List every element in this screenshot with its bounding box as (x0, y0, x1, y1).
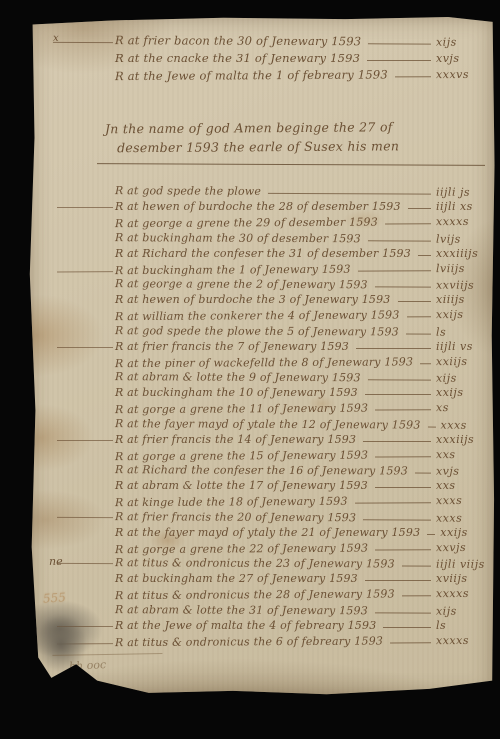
entry-text: R at george a grene the 2 of Jenewary 15… (115, 277, 368, 291)
receipt-entry-row: R at titus & ondronicus the 28 of Jenewa… (115, 584, 488, 602)
entry-dash-rule (368, 239, 431, 240)
entry-dash-rule (356, 348, 431, 349)
entry-dash-rule (375, 548, 431, 549)
entry-amount: xxxxs (436, 633, 488, 646)
entry-text: R at frier bacon the 30 of Jenewary 1593 (115, 34, 361, 48)
entry-dash-rule (415, 472, 431, 473)
entry-text: R at the fayer mayd of ytale the 12 of J… (115, 416, 421, 430)
entry-amount: xxxs (436, 493, 488, 506)
receipt-entry-row: R at Richard the confeser the 31 of dese… (115, 244, 488, 260)
receipt-entry-row: R at gorge a grene the 11 of Jenewary 15… (115, 398, 488, 416)
entry-dash-rule (355, 502, 431, 503)
top-entry-row: R at the Jewe of malta the 1 of febreary… (115, 64, 488, 83)
entry-amount: xxs (436, 447, 488, 460)
entry-amount: xxijs (436, 307, 488, 320)
receipt-entry-row: R at george a grene the 29 of desember 1… (115, 212, 488, 230)
entry-text: R at frier francis the 14 of Jenewary 15… (115, 433, 356, 446)
entry-amount: xvjs (436, 464, 488, 477)
entry-text: R at the Jewe of malta the 1 of febreary… (115, 68, 388, 83)
entry-text: R at frier francis the 7 of Jenewary 159… (115, 340, 349, 353)
entry-dash-rule (368, 43, 431, 44)
entry-text: R at the Jewe of malta the 4 of febreary… (115, 619, 376, 632)
entry-text: R at Richard the confeser the 16 of Jene… (115, 463, 408, 477)
entry-amount: xxxvs (436, 68, 488, 81)
entry-amount: ls (436, 325, 488, 338)
entry-dash-rule (402, 595, 431, 596)
entry-dash-rule (367, 60, 431, 61)
folio-scribble: hh ooc (69, 658, 107, 673)
entry-text: R at the cnacke the 31 of Jenewary 1593 (115, 52, 360, 65)
entry-dash-rule (375, 455, 431, 456)
entry-text: R at frier francis the 20 of Jenewary 15… (115, 509, 356, 523)
entry-amount: xxiijs (436, 354, 488, 367)
entry-amount: xxvjs (436, 540, 488, 553)
entry-text: R at buckingham the 10 of Jenewary 1593 (115, 386, 358, 399)
entry-dash-rule (375, 487, 431, 488)
entry-dash-rule (385, 223, 431, 224)
entry-dash-rule (375, 409, 431, 410)
receipt-entry-row: R at abram & lotte the 17 of Jenewary 15… (115, 477, 488, 493)
entry-dash-rule (365, 394, 431, 395)
entry-amount: lvijs (436, 232, 488, 245)
receipt-entry-row: R at kinge lude the 18 of Jenewary 1593x… (115, 491, 488, 509)
heading-underline (97, 163, 485, 166)
receipt-entry-row: R at Richard the confeser the 16 of Jene… (115, 460, 488, 477)
entry-dash-rule (420, 362, 431, 363)
entry-dash-rule (407, 316, 431, 317)
entry-dash-rule (428, 426, 436, 427)
receipt-entry-row: R at the Jewe of malta the 4 of febreary… (115, 616, 488, 632)
receipt-entry-row: R at god spede the ploweiijli js (115, 181, 488, 198)
receipt-entry-row: R at frier francis the 14 of Jenewary 15… (115, 430, 488, 446)
entry-amount: lviijs (436, 261, 488, 274)
entry-amount: xxxs (436, 511, 488, 524)
entry-dash-rule (408, 208, 431, 209)
entry-text: R at the fayer mayd of ytaly the 21 of J… (115, 526, 420, 539)
entry-text: R at abram & lotte the 17 of Jenewary 15… (115, 479, 368, 492)
receipt-entry-row: neR at titus & ondronicus the 23 of Jene… (115, 553, 488, 570)
ink-bleedthrough-mark: 555 (43, 590, 67, 606)
entry-dash-rule (365, 580, 431, 581)
entry-dash-rule (268, 192, 431, 194)
entry-amount: xs (436, 400, 488, 413)
receipt-entry-row: R at george a grene the 2 of Jenewary 15… (115, 274, 488, 291)
entry-text: R at buckingham the 30 of desember 1593 (115, 230, 361, 244)
entry-amount: xxviijs (436, 278, 488, 291)
entry-dash-rule (363, 441, 431, 442)
receipt-entry-row: R at buckingham the 27 of Jenewary 1593x… (115, 570, 488, 586)
previous-season-entries: xR at frier bacon the 30 of Jenewary 159… (115, 31, 488, 82)
entry-text: R at abram & lotte the 9 of Jenewary 159… (115, 370, 361, 384)
entry-amount: iijli vs (436, 340, 488, 353)
manuscript-page: xR at frier bacon the 30 of Jenewary 159… (27, 15, 495, 697)
entry-amount: xxijs (440, 526, 492, 539)
entry-dash-rule (406, 332, 431, 333)
entry-amount: xxxs (441, 418, 493, 431)
receipt-entry-row: R at william the conkerer the 4 of Jenew… (115, 305, 488, 323)
receipt-entry-row: R at titus & ondronicus the 6 of febrear… (115, 630, 488, 648)
entry-amount: iijli js (436, 185, 488, 198)
receipt-entry-row: R at buckingham the 10 of Jenewary 1593x… (115, 384, 488, 400)
entry-text: R at buckingham the 27 of Jenewary 1593 (115, 572, 358, 585)
ne-margin-note: ne (49, 554, 63, 567)
entry-text: R at hewen of burdoche the 28 of desembe… (115, 200, 401, 213)
entry-dash-rule (363, 518, 431, 519)
entry-dash-rule (398, 301, 432, 302)
entry-amount: iijli viijs (436, 557, 488, 570)
entry-text: R at Richard the confeser the 31 of dese… (115, 247, 411, 260)
entry-amount: ls (436, 619, 488, 632)
entry-amount: xxxxs (436, 214, 488, 227)
entry-dash-rule (390, 641, 431, 642)
receipt-entry-row: R at frier francis the 20 of Jenewary 15… (115, 507, 488, 524)
entry-amount: xxxiiijs (436, 247, 488, 260)
entry-amount: xijs (436, 371, 488, 384)
entry-amount: xxxxs (436, 586, 488, 599)
entry-amount: xxxiijs (436, 433, 488, 446)
entry-dash-rule (418, 255, 431, 256)
receipt-entry-row: R at the fayer mayd of ytaly the 21 of J… (115, 523, 488, 539)
receipt-entry-row: R at abram & lotte the 31 of Jenewary 15… (115, 600, 488, 617)
entry-text: R at god spede the plowe (115, 184, 261, 198)
entry-text: R at hewen of burdoche the 3 of Jenewary… (115, 293, 391, 306)
top-entry-row: R at the cnacke the 31 of Jenewary 1593x… (115, 48, 488, 65)
receipt-entry-row: R at abram & lotte the 9 of Jenewary 159… (115, 367, 488, 384)
entry-dash-rule (383, 627, 431, 628)
receipts-list: R at god spede the ploweiijli jsR at hew… (115, 182, 488, 647)
entry-text: R at god spede the plowe the 5 of Jenewa… (115, 323, 399, 337)
receipt-entry-row: R at god spede the plowe the 5 of Jenewa… (115, 321, 488, 338)
heading-line2: desember 1593 the earle of Susex his men (105, 136, 485, 158)
receipt-entry-row: R at frier francis the 7 of Jenewary 159… (115, 337, 488, 353)
top-entry-row: xR at frier bacon the 30 of Jenewary 159… (115, 30, 488, 49)
entry-text: R at titus & ondronicus the 23 of Jenewa… (115, 556, 395, 570)
entry-dash-rule (427, 534, 435, 535)
receipt-entry-row: R at the fayer mayd of ytale the 12 of J… (115, 414, 488, 431)
receipt-entry-row: R at hewen of burdoche the 3 of Jenewary… (115, 291, 488, 307)
entry-dash-rule (402, 565, 431, 566)
entry-dash-rule (358, 269, 431, 270)
receipt-entry-row: R at buckingham the 30 of desember 1593l… (115, 228, 488, 245)
entry-amount: xijs (436, 604, 488, 617)
entry-text: R at abram & lotte the 31 of Jenewary 15… (115, 602, 368, 616)
manuscript-photo: { "document": { "kind": "Early-modern ac… (0, 0, 500, 739)
entry-dash-rule (395, 76, 431, 77)
receipt-entry-row: R at hewen of burdoche the 28 of desembe… (115, 198, 488, 214)
season-heading: Jn the name of god Amen beginge the 27 o… (105, 117, 485, 158)
entry-dash-rule (375, 611, 431, 612)
entry-text: R at titus & ondronicus the 6 of febrear… (115, 634, 383, 649)
entry-amount: xijs (436, 36, 488, 49)
cross-check-mark: x (53, 36, 113, 43)
entry-dash-rule (375, 286, 431, 287)
entry-dash-rule (368, 379, 431, 380)
